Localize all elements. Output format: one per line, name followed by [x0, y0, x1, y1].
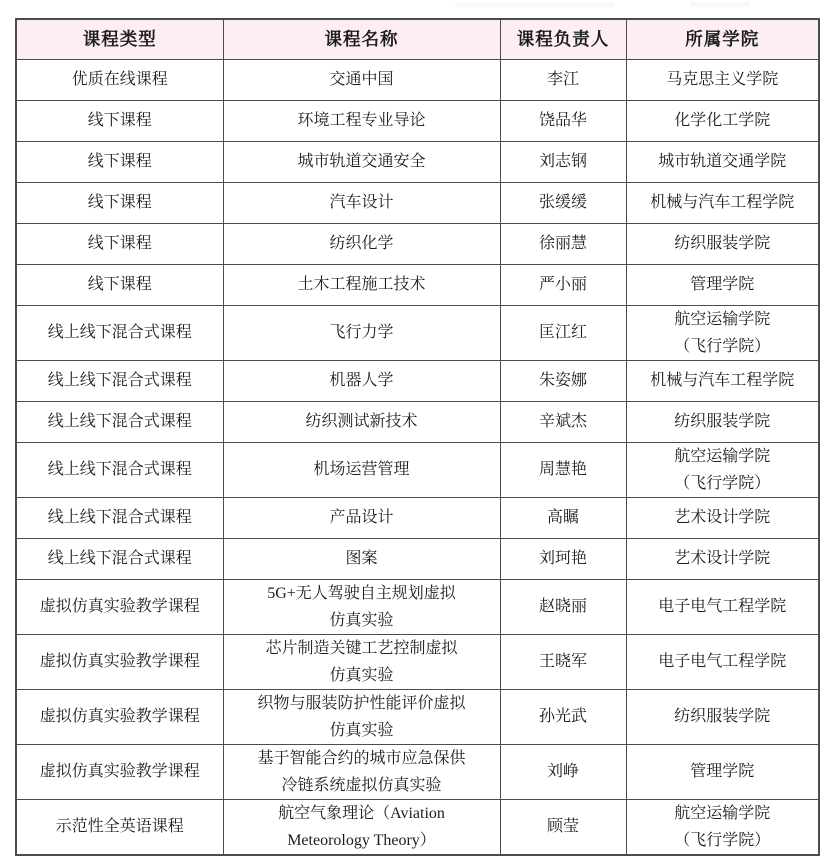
cell-college: 纺织服装学院	[626, 689, 819, 744]
cell-course-name: 飞行力学	[223, 305, 500, 360]
cell-course-leader: 高瞩	[500, 497, 626, 538]
header-course-leader: 课程负责人	[500, 19, 626, 59]
cell-course-type: 示范性全英语课程	[16, 799, 223, 855]
cell-course-name: 航空气象理论（Aviation Meteorology Theory）	[223, 799, 500, 855]
cell-course-leader: 李江	[500, 59, 626, 100]
table-row: 优质在线课程 交通中国 李江 马克思主义学院	[16, 59, 819, 100]
cell-course-leader: 刘珂艳	[500, 538, 626, 579]
cell-course-type: 虚拟仿真实验教学课程	[16, 689, 223, 744]
cell-course-name: 5G+无人驾驶自主规划虚拟 仿真实验	[223, 579, 500, 634]
table-row: 线上线下混合式课程 产品设计 高瞩 艺术设计学院	[16, 497, 819, 538]
cell-course-leader: 王晓军	[500, 634, 626, 689]
table-row: 示范性全英语课程 航空气象理论（Aviation Meteorology The…	[16, 799, 819, 855]
cell-college: 纺织服装学院	[626, 223, 819, 264]
course-table: 课程类型 课程名称 课程负责人 所属学院 优质在线课程 交通中国 李江 马克思主…	[15, 18, 820, 856]
header-college: 所属学院	[626, 19, 819, 59]
cell-course-name: 交通中国	[223, 59, 500, 100]
cell-course-leader: 饶品华	[500, 100, 626, 141]
cell-college: 管理学院	[626, 744, 819, 799]
cell-course-leader: 严小丽	[500, 264, 626, 305]
table-row: 线上线下混合式课程 机场运营管理 周慧艳 航空运输学院 （飞行学院）	[16, 442, 819, 497]
cell-course-type: 线下课程	[16, 100, 223, 141]
table-row: 虚拟仿真实验教学课程 基于智能合约的城市应急保供 冷链系统虚拟仿真实验 刘峥 管…	[16, 744, 819, 799]
cell-course-type: 线上线下混合式课程	[16, 538, 223, 579]
cell-college: 航空运输学院 （飞行学院）	[626, 799, 819, 855]
cell-course-type: 线上线下混合式课程	[16, 442, 223, 497]
table-row: 虚拟仿真实验教学课程 芯片制造关键工艺控制虚拟 仿真实验 王晓军 电子电气工程学…	[16, 634, 819, 689]
table-row: 虚拟仿真实验教学课程 5G+无人驾驶自主规划虚拟 仿真实验 赵晓丽 电子电气工程…	[16, 579, 819, 634]
header-course-name: 课程名称	[223, 19, 500, 59]
cell-course-leader: 徐丽慧	[500, 223, 626, 264]
cell-college: 航空运输学院 （飞行学院）	[626, 442, 819, 497]
cell-course-name: 织物与服装防护性能评价虚拟 仿真实验	[223, 689, 500, 744]
cell-course-type: 虚拟仿真实验教学课程	[16, 579, 223, 634]
cell-course-type: 优质在线课程	[16, 59, 223, 100]
cell-course-name: 纺织测试新技术	[223, 401, 500, 442]
cell-college: 机械与汽车工程学院	[626, 360, 819, 401]
cell-course-type: 线下课程	[16, 182, 223, 223]
cell-course-name: 土木工程施工技术	[223, 264, 500, 305]
cell-course-leader: 周慧艳	[500, 442, 626, 497]
cell-course-name: 产品设计	[223, 497, 500, 538]
cell-course-type: 虚拟仿真实验教学课程	[16, 634, 223, 689]
table-row: 线下课程 土木工程施工技术 严小丽 管理学院	[16, 264, 819, 305]
cell-course-type: 线下课程	[16, 264, 223, 305]
cell-course-leader: 张缓缓	[500, 182, 626, 223]
cropped-artifact	[455, 2, 615, 7]
cell-course-name: 图案	[223, 538, 500, 579]
table-row: 线上线下混合式课程 飞行力学 匡江红 航空运输学院 （飞行学院）	[16, 305, 819, 360]
table-row: 虚拟仿真实验教学课程 织物与服装防护性能评价虚拟 仿真实验 孙光武 纺织服装学院	[16, 689, 819, 744]
cell-course-leader: 刘志钢	[500, 141, 626, 182]
cropped-artifact	[690, 2, 750, 7]
cell-college: 电子电气工程学院	[626, 579, 819, 634]
cell-course-leader: 辛斌杰	[500, 401, 626, 442]
cell-course-name: 纺织化学	[223, 223, 500, 264]
table-row: 线上线下混合式课程 图案 刘珂艳 艺术设计学院	[16, 538, 819, 579]
cell-course-type: 线上线下混合式课程	[16, 305, 223, 360]
cell-course-name: 环境工程专业导论	[223, 100, 500, 141]
table-row: 线下课程 纺织化学 徐丽慧 纺织服装学院	[16, 223, 819, 264]
table-row: 线下课程 汽车设计 张缓缓 机械与汽车工程学院	[16, 182, 819, 223]
table-row: 线下课程 环境工程专业导论 饶品华 化学化工学院	[16, 100, 819, 141]
cell-college: 艺术设计学院	[626, 538, 819, 579]
cell-college: 航空运输学院 （飞行学院）	[626, 305, 819, 360]
cell-course-leader: 顾莹	[500, 799, 626, 855]
table-row: 线上线下混合式课程 纺织测试新技术 辛斌杰 纺织服装学院	[16, 401, 819, 442]
cell-course-type: 虚拟仿真实验教学课程	[16, 744, 223, 799]
cell-course-leader: 匡江红	[500, 305, 626, 360]
cell-college: 城市轨道交通学院	[626, 141, 819, 182]
cell-course-type: 线下课程	[16, 141, 223, 182]
table-row: 线上线下混合式课程 机器人学 朱姿娜 机械与汽车工程学院	[16, 360, 819, 401]
page: 课程类型 课程名称 课程负责人 所属学院 优质在线课程 交通中国 李江 马克思主…	[0, 0, 832, 860]
cell-course-leader: 孙光武	[500, 689, 626, 744]
cell-college: 化学化工学院	[626, 100, 819, 141]
cell-course-name: 汽车设计	[223, 182, 500, 223]
cell-course-type: 线上线下混合式课程	[16, 360, 223, 401]
cell-college: 艺术设计学院	[626, 497, 819, 538]
cell-course-type: 线上线下混合式课程	[16, 401, 223, 442]
cell-course-name: 芯片制造关键工艺控制虚拟 仿真实验	[223, 634, 500, 689]
header-course-type: 课程类型	[16, 19, 223, 59]
cell-course-name: 机场运营管理	[223, 442, 500, 497]
cell-course-leader: 刘峥	[500, 744, 626, 799]
cell-course-leader: 朱姿娜	[500, 360, 626, 401]
cell-college: 管理学院	[626, 264, 819, 305]
cell-college: 电子电气工程学院	[626, 634, 819, 689]
cell-course-name: 机器人学	[223, 360, 500, 401]
cell-course-type: 线上线下混合式课程	[16, 497, 223, 538]
cell-college: 马克思主义学院	[626, 59, 819, 100]
cell-course-leader: 赵晓丽	[500, 579, 626, 634]
cell-course-type: 线下课程	[16, 223, 223, 264]
table-header-row: 课程类型 课程名称 课程负责人 所属学院	[16, 19, 819, 59]
table-row: 线下课程 城市轨道交通安全 刘志钢 城市轨道交通学院	[16, 141, 819, 182]
cell-college: 纺织服装学院	[626, 401, 819, 442]
cell-college: 机械与汽车工程学院	[626, 182, 819, 223]
cell-course-name: 城市轨道交通安全	[223, 141, 500, 182]
cell-course-name: 基于智能合约的城市应急保供 冷链系统虚拟仿真实验	[223, 744, 500, 799]
